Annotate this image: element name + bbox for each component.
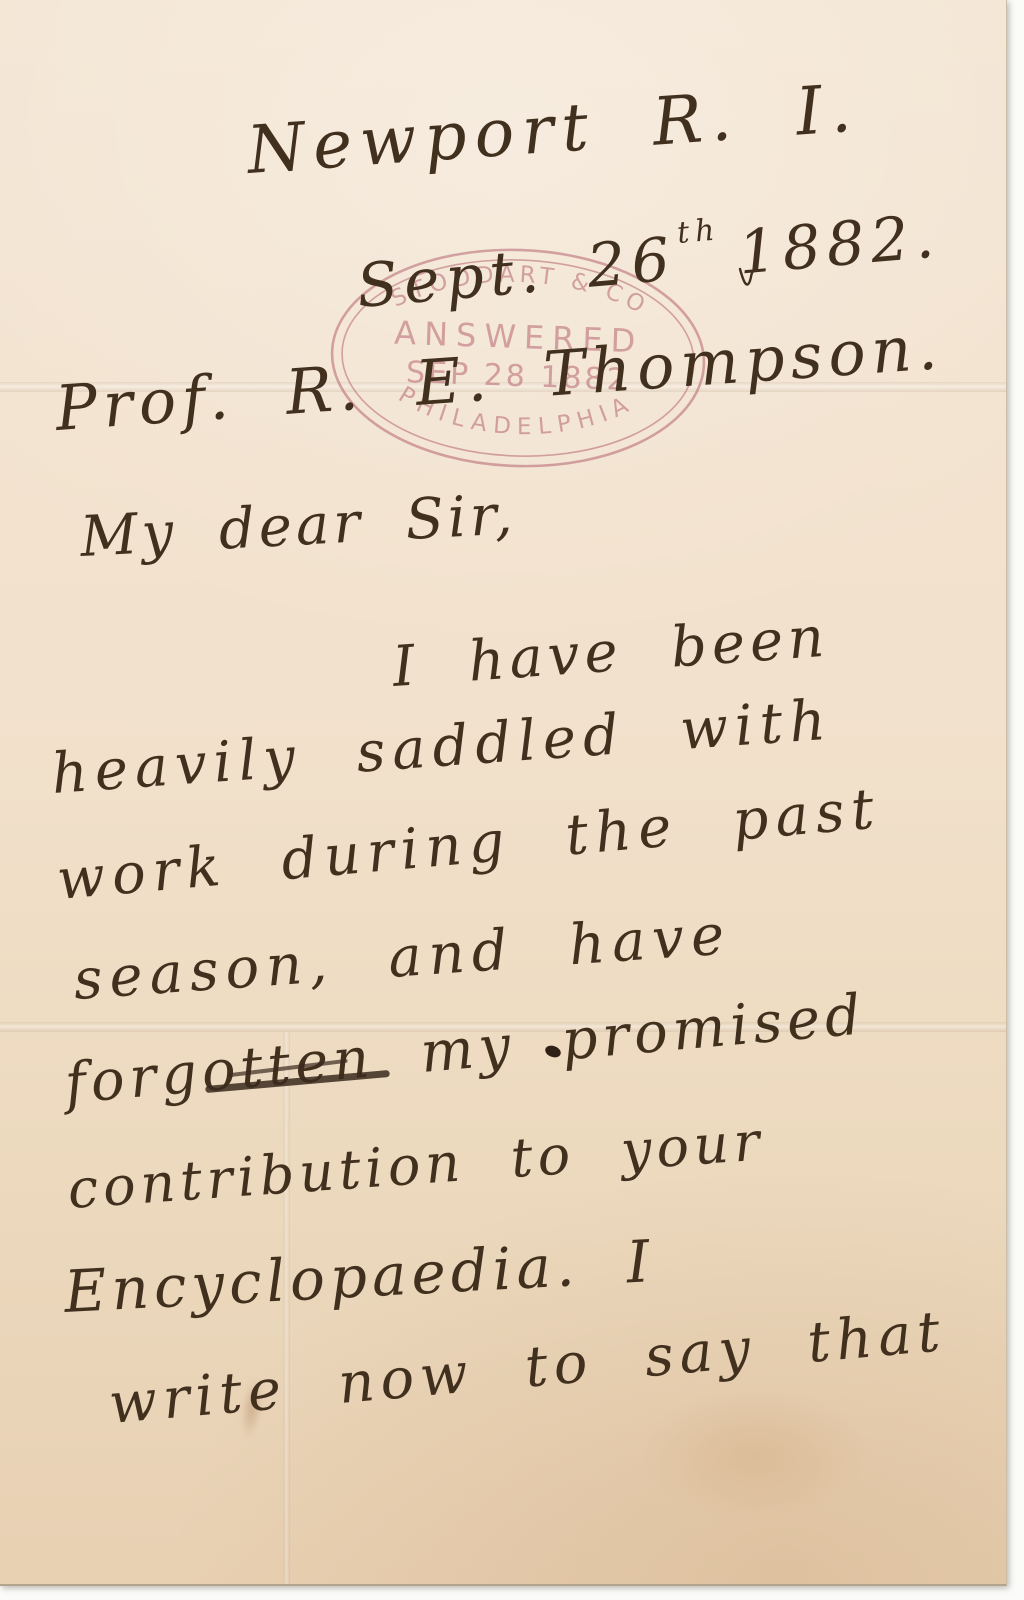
date-ordinal-suffix: th [676,212,722,251]
date-flourish [737,266,759,294]
